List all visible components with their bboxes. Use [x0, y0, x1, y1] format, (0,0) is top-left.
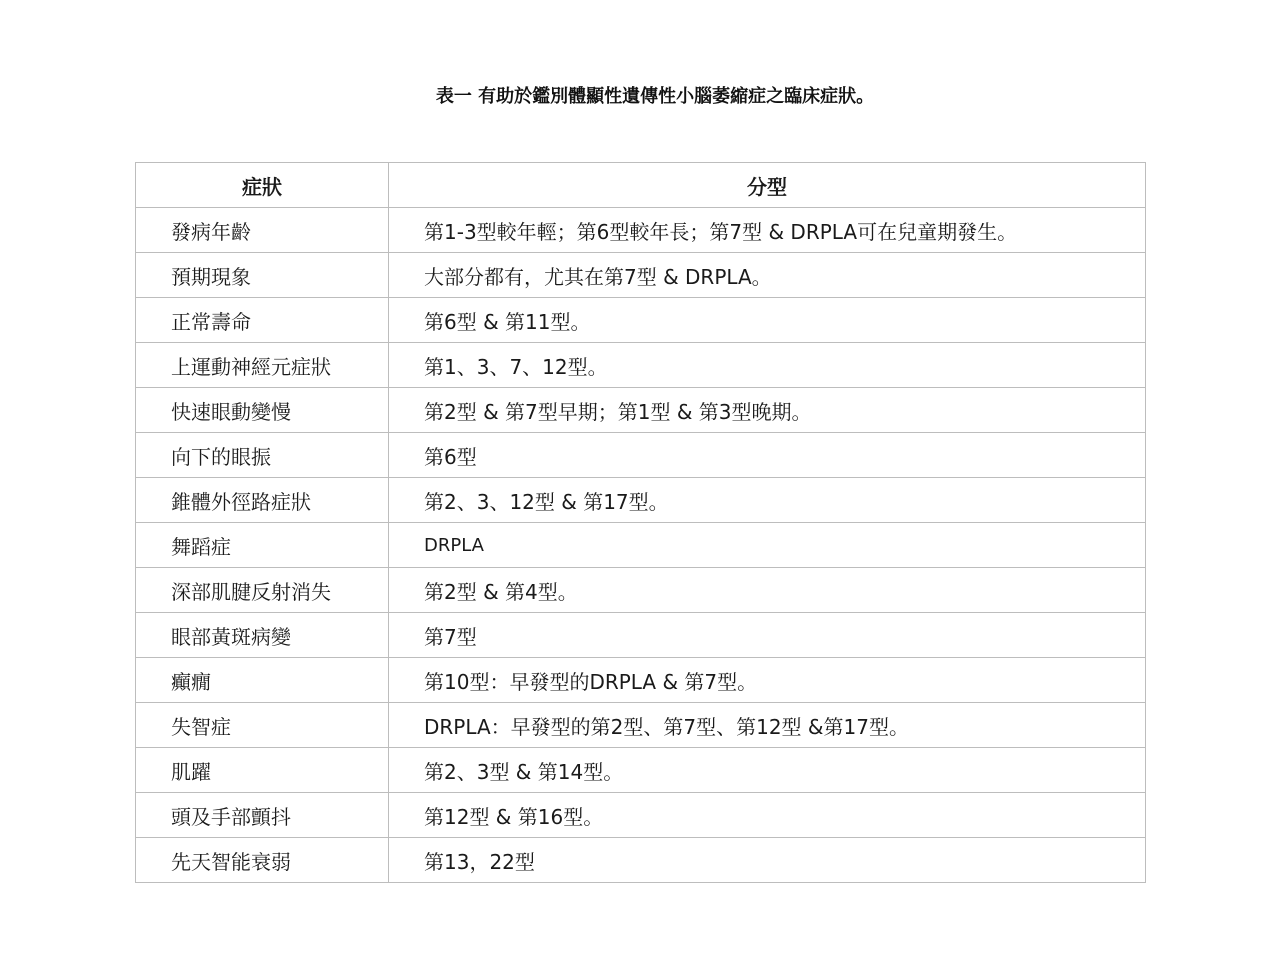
- table-row: 快速眼動變慢 第2型 & 第7型早期；第1型 & 第3型晚期。: [136, 388, 1146, 433]
- type-cell: 第10型：早發型的DRPLA & 第7型。: [389, 658, 1146, 703]
- type-cell: DRPLA: [389, 523, 1146, 568]
- symptom-cell: 預期現象: [136, 253, 389, 298]
- type-cell: 第2型 & 第7型早期；第1型 & 第3型晚期。: [389, 388, 1146, 433]
- type-cell: 第6型: [389, 433, 1146, 478]
- table-row: 先天智能衰弱 第13，22型: [136, 838, 1146, 883]
- symptom-cell: 錐體外徑路症狀: [136, 478, 389, 523]
- table-row: 癲癇 第10型：早發型的DRPLA & 第7型。: [136, 658, 1146, 703]
- type-cell: 第7型: [389, 613, 1146, 658]
- table-row: 發病年齡 第1-3型較年輕；第6型較年長；第7型 & DRPLA可在兒童期發生。: [136, 208, 1146, 253]
- table-row: 頭及手部顫抖 第12型 & 第16型。: [136, 793, 1146, 838]
- symptom-cell: 上運動神經元症狀: [136, 343, 389, 388]
- symptom-cell: 肌躍: [136, 748, 389, 793]
- table-header-row: 症狀 分型: [136, 163, 1146, 208]
- type-cell: 第6型 & 第11型。: [389, 298, 1146, 343]
- symptom-type-table: 症狀 分型 發病年齡 第1-3型較年輕；第6型較年長；第7型 & DRPLA可在…: [135, 162, 1146, 883]
- table-row: 深部肌腱反射消失 第2型 & 第4型。: [136, 568, 1146, 613]
- table-row: 上運動神經元症狀 第1、3、7、12型。: [136, 343, 1146, 388]
- type-cell: 第13，22型: [389, 838, 1146, 883]
- symptom-cell: 深部肌腱反射消失: [136, 568, 389, 613]
- type-cell: 第1、3、7、12型。: [389, 343, 1146, 388]
- symptom-cell: 眼部黃斑病變: [136, 613, 389, 658]
- table-row: 正常壽命 第6型 & 第11型。: [136, 298, 1146, 343]
- table-row: 向下的眼振 第6型: [136, 433, 1146, 478]
- table-row: 預期現象 大部分都有，尤其在第7型 & DRPLA。: [136, 253, 1146, 298]
- symptom-cell: 失智症: [136, 703, 389, 748]
- type-cell: 大部分都有，尤其在第7型 & DRPLA。: [389, 253, 1146, 298]
- table-row: 肌躍 第2、3型 & 第14型。: [136, 748, 1146, 793]
- symptom-cell: 正常壽命: [136, 298, 389, 343]
- table-row: 舞蹈症 DRPLA: [136, 523, 1146, 568]
- symptom-cell: 發病年齡: [136, 208, 389, 253]
- type-cell: 第2型 & 第4型。: [389, 568, 1146, 613]
- symptom-cell: 舞蹈症: [136, 523, 389, 568]
- table-row: 錐體外徑路症狀 第2、3、12型 & 第17型。: [136, 478, 1146, 523]
- symptom-cell: 向下的眼振: [136, 433, 389, 478]
- table-row: 失智症 DRPLA：早發型的第2型、第7型、第12型 &第17型。: [136, 703, 1146, 748]
- symptom-cell: 快速眼動變慢: [136, 388, 389, 433]
- type-cell: DRPLA：早發型的第2型、第7型、第12型 &第17型。: [389, 703, 1146, 748]
- symptom-cell: 先天智能衰弱: [136, 838, 389, 883]
- type-cell: 第2、3、12型 & 第17型。: [389, 478, 1146, 523]
- symptom-type-table-container: 症狀 分型 發病年齡 第1-3型較年輕；第6型較年長；第7型 & DRPLA可在…: [135, 162, 1145, 883]
- type-cell: 第2、3型 & 第14型。: [389, 748, 1146, 793]
- column-header-symptom: 症狀: [136, 163, 389, 208]
- symptom-cell: 癲癇: [136, 658, 389, 703]
- type-cell: 第12型 & 第16型。: [389, 793, 1146, 838]
- type-cell: 第1-3型較年輕；第6型較年長；第7型 & DRPLA可在兒童期發生。: [389, 208, 1146, 253]
- column-header-type: 分型: [389, 163, 1146, 208]
- table-caption: 表一 有助於鑑別體顯性遺傳性小腦萎縮症之臨床症狀。: [0, 82, 1280, 108]
- table-row: 眼部黃斑病變 第7型: [136, 613, 1146, 658]
- symptom-cell: 頭及手部顫抖: [136, 793, 389, 838]
